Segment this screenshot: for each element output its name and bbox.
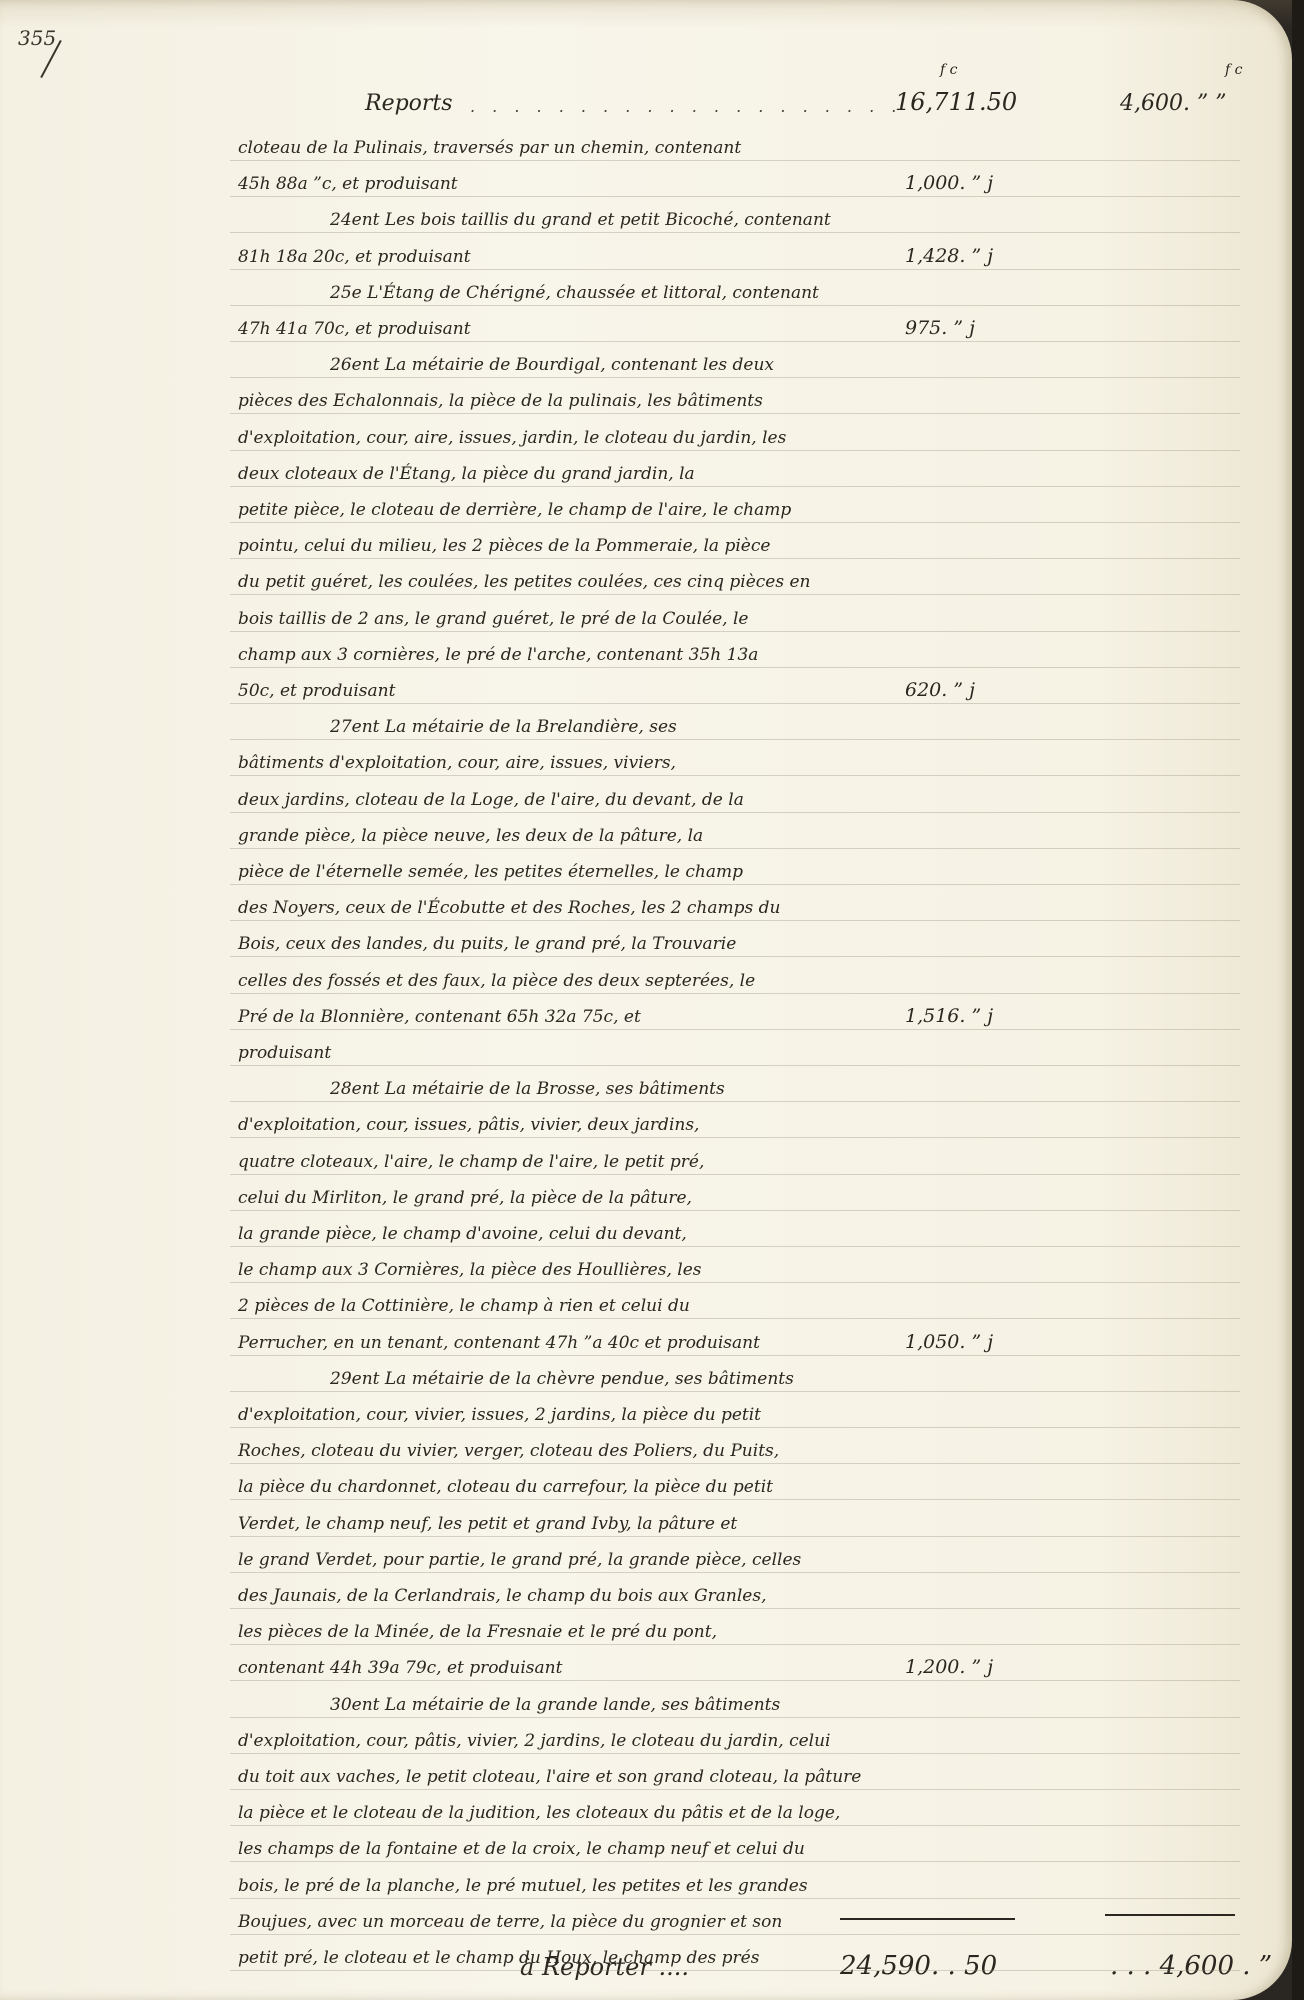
ruled-line: [230, 269, 1240, 270]
ruled-line: [230, 558, 1240, 559]
ledger-line-text: Pré de la Blonnière, contenant 65h 32a 7…: [238, 1007, 641, 1027]
ledger-line-text: contenant 44h 39a 79c, et produisant: [238, 1658, 562, 1678]
ledger-line-text: bois, le pré de la planche, le pré mutue…: [238, 1876, 808, 1896]
ledger-line-text: 81h 18a 20c, et produisant: [238, 247, 471, 267]
ruled-line: [230, 1934, 1240, 1935]
ledger-line: 28ent La métairie de la Brosse, ses bâti…: [0, 1067, 1292, 1103]
ledger-line: la pièce du chardonnet, cloteau du carre…: [0, 1465, 1292, 1501]
carry-over-row: à Reporter .... 24,590. . 50 . . . 4,600…: [0, 1935, 1292, 1985]
ledger-line-text: celui du Mirliton, le grand pré, la pièc…: [238, 1188, 692, 1208]
ruled-line: [230, 413, 1240, 414]
ledger-line: 25e L'Étang de Chérigné, chaussée et lit…: [0, 271, 1292, 307]
ledger-line: Roches, cloteau du vivier, verger, clote…: [0, 1429, 1292, 1465]
ledger-line: deux cloteaux de l'Étang, la pièce du gr…: [0, 452, 1292, 488]
ledger-line-text: les champs de la fontaine et de la croix…: [238, 1839, 805, 1859]
ledger-line: Perrucher, en un tenant, contenant 47h ”…: [0, 1321, 1292, 1357]
ledger-line: la grande pièce, le champ d'avoine, celu…: [0, 1212, 1292, 1248]
ledger-line-text: pointu, celui du milieu, les 2 pièces de…: [238, 536, 770, 556]
ledger-line-amount: 1,428. ” j: [905, 245, 993, 267]
ledger-line: petite pièce, le cloteau de derrière, le…: [0, 488, 1292, 524]
ruled-line: [230, 1717, 1240, 1718]
ruled-line: [230, 1355, 1240, 1356]
ledger-line-text: 27ent La métairie de la Brelandière, ses: [330, 717, 677, 737]
ledger-line: deux jardins, cloteau de la Loge, de l'a…: [0, 778, 1292, 814]
ledger-line-amount: 1,200. ” j: [905, 1656, 993, 1678]
ledger-line-text: d'exploitation, cour, pâtis, vivier, 2 j…: [238, 1731, 831, 1751]
ledger-line-text: du toit aux vaches, le petit cloteau, l'…: [238, 1767, 861, 1787]
ledger-line: la pièce et le cloteau de la judition, l…: [0, 1791, 1292, 1827]
ruled-line: [230, 1065, 1240, 1066]
ledger-line-text: Roches, cloteau du vivier, verger, clote…: [238, 1441, 779, 1461]
ledger-line: 26ent La métairie de Bourdigal, contenan…: [0, 343, 1292, 379]
carried-forward-amount-1: 16,711.50: [895, 88, 1017, 116]
ledger-line: 24ent Les bois taillis du grand et petit…: [0, 198, 1292, 234]
ledger-line-text: la grande pièce, le champ d'avoine, celu…: [238, 1224, 687, 1244]
ruled-line: [230, 594, 1240, 595]
ledger-line: Boujues, avec un morceau de terre, la pi…: [0, 1900, 1292, 1936]
ruled-line: [230, 920, 1240, 921]
ledger-line-text: grande pièce, la pièce neuve, les deux d…: [238, 826, 703, 846]
ledger-line-text: bois taillis de 2 ans, le grand guéret, …: [238, 609, 748, 629]
carry-over-amount-1: 24,590. . 50: [840, 1951, 997, 1981]
ledger-line-text: 30ent La métairie de la grande lande, se…: [330, 1695, 780, 1715]
ledger-line-text: 2 pièces de la Cottinière, le champ à ri…: [238, 1296, 690, 1316]
ruled-line: [230, 1137, 1240, 1138]
ruled-line: [230, 1753, 1240, 1754]
carried-forward-row: Reports . . . . . . . . . . . . . . . . …: [0, 84, 1292, 120]
ledger-line: des Noyers, ceux de l'Écobutte et des Ro…: [0, 886, 1292, 922]
ruled-line: [230, 1463, 1240, 1464]
ledger-line: pièce de l'éternelle semée, les petites …: [0, 850, 1292, 886]
carry-over-amount-2: . . . 4,600 . ”: [1110, 1951, 1272, 1981]
ledger-line-text: du petit guéret, les coulées, les petite…: [238, 572, 810, 592]
ledger-line-text: 45h 88a ”c, et produisant: [238, 174, 458, 194]
ruled-line: [230, 1246, 1240, 1247]
ledger-line-text: 50c, et produisant: [238, 681, 395, 701]
ledger-line-text: 29ent La métairie de la chèvre pendue, s…: [330, 1369, 794, 1389]
ledger-line-text: 28ent La métairie de la Brosse, ses bâti…: [330, 1079, 725, 1099]
ruled-line: [230, 667, 1240, 668]
ruled-line: [230, 1861, 1240, 1862]
ledger-line: 45h 88a ”c, et produisant1,000. ” j: [0, 162, 1292, 198]
ledger-line: le grand Verdet, pour partie, le grand p…: [0, 1538, 1292, 1574]
ledger-line: pièces des Echalonnais, la pièce de la p…: [0, 379, 1292, 415]
ledger-line: contenant 44h 39a 79c, et produisant1,20…: [0, 1646, 1292, 1682]
ruled-line: [230, 1174, 1240, 1175]
ledger-line-text: petite pièce, le cloteau de derrière, le…: [238, 500, 791, 520]
ruled-line: [230, 1029, 1240, 1030]
ledger-line-amount: 1,516. ” j: [905, 1005, 993, 1027]
ledger-line: produisant: [0, 1031, 1292, 1067]
ledger-line: quatre cloteaux, l'aire, le champ de l'a…: [0, 1140, 1292, 1176]
ledger-line-text: deux jardins, cloteau de la Loge, de l'a…: [238, 790, 744, 810]
ledger-line: d'exploitation, cour, pâtis, vivier, 2 j…: [0, 1719, 1292, 1755]
ruled-line: [230, 522, 1240, 523]
ledger-line-text: quatre cloteaux, l'aire, le champ de l'a…: [238, 1152, 704, 1172]
ledger-line-amount: 975. ” j: [905, 317, 975, 339]
ruled-line: [230, 1282, 1240, 1283]
ledger-line-amount: 1,050. ” j: [905, 1331, 993, 1353]
ledger-line: d'exploitation, cour, aire, issues, jard…: [0, 416, 1292, 452]
ruled-line: [230, 1680, 1240, 1681]
ledger-line-text: les pièces de la Minée, de la Fresnaie e…: [238, 1622, 717, 1642]
ledger-line: 30ent La métairie de la grande lande, se…: [0, 1683, 1292, 1719]
ruled-line: [230, 1536, 1240, 1537]
ledger-line-text: Boujues, avec un morceau de terre, la pi…: [238, 1912, 782, 1932]
ledger-line-text: 47h 41a 70c, et produisant: [238, 319, 471, 339]
sum-rule-2: [1105, 1914, 1235, 1916]
ruled-line: [230, 1572, 1240, 1573]
ruled-line: [230, 1970, 1240, 1971]
ledger-line: du toit aux vaches, le petit cloteau, l'…: [0, 1755, 1292, 1791]
carried-forward-amount-2: 4,600. ” ”: [1120, 91, 1226, 116]
ledger-line-text: pièce de l'éternelle semée, les petites …: [238, 862, 743, 882]
ledger-line: bâtiments d'exploitation, cour, aire, is…: [0, 741, 1292, 777]
ledger-line: celles des fossés et des faux, la pièce …: [0, 959, 1292, 995]
ledger-line: 50c, et produisant620. ” j: [0, 669, 1292, 705]
ruled-line: [230, 1789, 1240, 1790]
ledger-line-text: Verdet, le champ neuf, les petit et gran…: [238, 1514, 737, 1534]
ledger-line-text: le champ aux 3 Cornières, la pièce des H…: [238, 1260, 701, 1280]
column-1-units: f c: [940, 62, 957, 78]
ledger-line-text: d'exploitation, cour, vivier, issues, 2 …: [238, 1405, 761, 1425]
ledger-line-text: produisant: [238, 1043, 331, 1063]
ledger-line-text: 26ent La métairie de Bourdigal, contenan…: [330, 355, 774, 375]
ledger-line-amount: 1,000. ” j: [905, 172, 993, 194]
ruled-line: [230, 341, 1240, 342]
ledger-line: bois, le pré de la planche, le pré mutue…: [0, 1864, 1292, 1900]
ledger-line: 47h 41a 70c, et produisant975. ” j: [0, 307, 1292, 343]
ruled-line: [230, 739, 1240, 740]
ruled-line: [230, 160, 1240, 161]
ruled-line: [230, 377, 1240, 378]
ledger-line-text: Bois, ceux des landes, du puits, le gran…: [238, 934, 736, 954]
ledger-line-text: d'exploitation, cour, issues, pâtis, viv…: [238, 1115, 699, 1135]
ruled-line: [230, 1101, 1240, 1102]
ledger-line: des Jaunais, de la Cerlandrais, le champ…: [0, 1574, 1292, 1610]
ledger-line: Verdet, le champ neuf, les petit et gran…: [0, 1502, 1292, 1538]
ledger-line-text: la pièce du chardonnet, cloteau du carre…: [238, 1477, 773, 1497]
ledger-line-text: deux cloteaux de l'Étang, la pièce du gr…: [238, 464, 695, 484]
ledger-line: 2 pièces de la Cottinière, le champ à ri…: [0, 1284, 1292, 1320]
ledger-line: d'exploitation, cour, issues, pâtis, viv…: [0, 1103, 1292, 1139]
ledger-line: du petit guéret, les coulées, les petite…: [0, 560, 1292, 596]
ledger-line: celui du Mirliton, le grand pré, la pièc…: [0, 1176, 1292, 1212]
ruled-line: [230, 703, 1240, 704]
ledger-line: le champ aux 3 Cornières, la pièce des H…: [0, 1248, 1292, 1284]
ledger-page: 355 f c f c Reports . . . . . . . . . . …: [0, 0, 1292, 2000]
ledger-line: d'exploitation, cour, vivier, issues, 2 …: [0, 1393, 1292, 1429]
ledger-line: 29ent La métairie de la chèvre pendue, s…: [0, 1357, 1292, 1393]
ledger-line-text: d'exploitation, cour, aire, issues, jard…: [238, 428, 786, 448]
ruled-line: [230, 812, 1240, 813]
ledger-line: Bois, ceux des landes, du puits, le gran…: [0, 922, 1292, 958]
ledger-line-text: cloteau de la Pulinais, traversés par un…: [238, 138, 741, 158]
ruled-line: [230, 1608, 1240, 1609]
carry-over-label: à Reporter ....: [520, 1953, 689, 1981]
ruled-line: [230, 1898, 1240, 1899]
ruled-line: [230, 1391, 1240, 1392]
ledger-line: les champs de la fontaine et de la croix…: [0, 1827, 1292, 1863]
sum-rule-1: [840, 1918, 1015, 1920]
ruled-line: [230, 1427, 1240, 1428]
ledger-line: champ aux 3 cornières, le pré de l'arche…: [0, 633, 1292, 669]
ruled-line: [230, 1210, 1240, 1211]
ruled-line: [230, 956, 1240, 957]
ledger-line: grande pièce, la pièce neuve, les deux d…: [0, 814, 1292, 850]
ledger-line: bois taillis de 2 ans, le grand guéret, …: [0, 597, 1292, 633]
book-edge: [1292, 0, 1304, 2000]
ledger-line: 27ent La métairie de la Brelandière, ses: [0, 705, 1292, 741]
ruled-line: [230, 848, 1240, 849]
ledger-line-text: Perrucher, en un tenant, contenant 47h ”…: [238, 1333, 760, 1353]
ruled-line: [230, 884, 1240, 885]
ruled-line: [230, 1499, 1240, 1500]
ledger-line-text: champ aux 3 cornières, le pré de l'arche…: [238, 645, 758, 665]
ruled-line: [230, 486, 1240, 487]
ledger-line-text: pièces des Echalonnais, la pièce de la p…: [238, 391, 763, 411]
ledger-line-text: 24ent Les bois taillis du grand et petit…: [330, 210, 831, 230]
ruled-line: [230, 305, 1240, 306]
ledger-line: cloteau de la Pulinais, traversés par un…: [0, 126, 1292, 162]
ledger-line-text: des Noyers, ceux de l'Écobutte et des Ro…: [238, 898, 780, 918]
carried-forward-label: Reports: [365, 91, 453, 116]
ruled-line: [230, 450, 1240, 451]
folio-number: 355: [18, 26, 56, 50]
ledger-line-text: celles des fossés et des faux, la pièce …: [238, 971, 755, 991]
ledger-line-text: le grand Verdet, pour partie, le grand p…: [238, 1550, 801, 1570]
ledger-line: Pré de la Blonnière, contenant 65h 32a 7…: [0, 995, 1292, 1031]
column-2-units: f c: [1225, 62, 1242, 78]
ruled-line: [230, 1825, 1240, 1826]
leader-dots: . . . . . . . . . . . . . . . . . . . .: [470, 97, 902, 116]
ruled-line: [230, 232, 1240, 233]
ledger-line-amount: 620. ” j: [905, 679, 975, 701]
ledger-line-text: la pièce et le cloteau de la judition, l…: [238, 1803, 840, 1823]
ruled-line: [230, 631, 1240, 632]
ruled-line: [230, 1644, 1240, 1645]
ledger-line: pointu, celui du milieu, les 2 pièces de…: [0, 524, 1292, 560]
ruled-line: [230, 1318, 1240, 1319]
ledger-line-text: des Jaunais, de la Cerlandrais, le champ…: [238, 1586, 767, 1606]
ledger-line-text: bâtiments d'exploitation, cour, aire, is…: [238, 753, 676, 773]
ruled-line: [230, 993, 1240, 994]
ledger-line: les pièces de la Minée, de la Fresnaie e…: [0, 1610, 1292, 1646]
ledger-line: 81h 18a 20c, et produisant1,428. ” j: [0, 235, 1292, 271]
ruled-line: [230, 775, 1240, 776]
ruled-line: [230, 196, 1240, 197]
ledger-line-text: 25e L'Étang de Chérigné, chaussée et lit…: [330, 283, 819, 303]
